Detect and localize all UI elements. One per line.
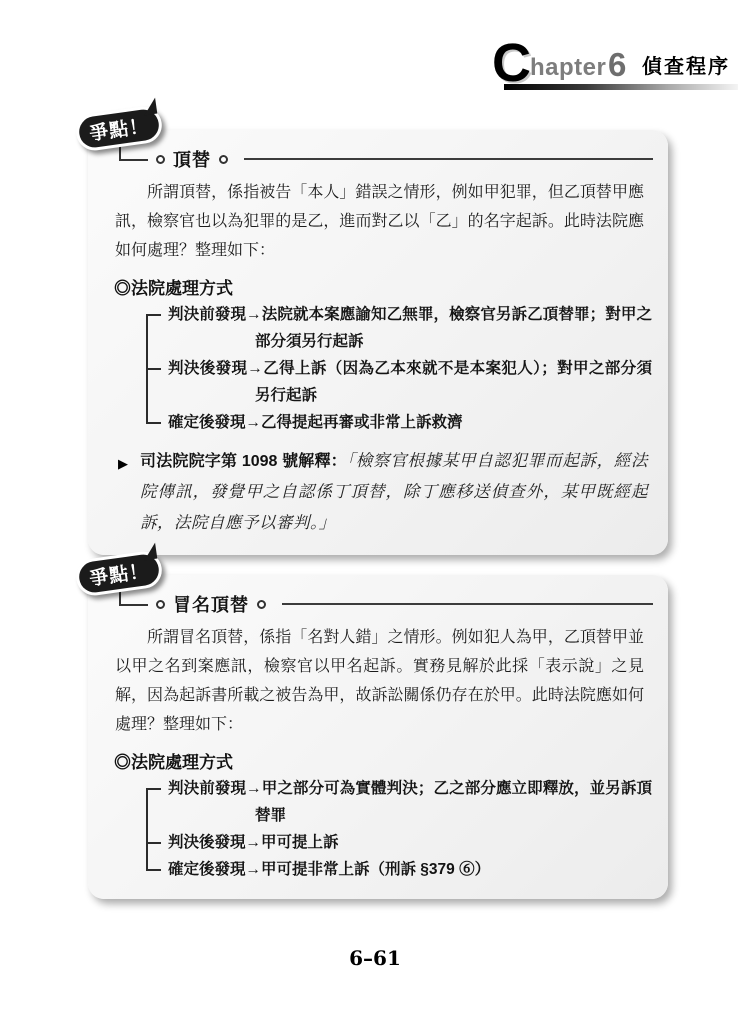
title-rule-line [244,158,653,160]
note-label: 司法院院字第 1098 號解釋： [140,453,347,470]
tree-item: 判決前發現→法院就本案應諭知乙無罪，檢察官另訴乙頂替罪；對甲之部分須另行起訴 [146,301,652,355]
issue-badge-label: 爭點！ [87,556,150,591]
issue-title-row: 冒名頂替 [119,575,653,617]
issue-badge-label: 爭點！ [87,111,150,146]
tree-item-text: 判決後發現→乙得上訴（因為乙本來就不是本案犯人）；對甲之部分須另行起訴 [168,355,652,409]
subheading-court-handling: ◎法院處理方式 [114,748,668,773]
book-page: C hapter 6 偵查程序 爭點！ 頂替 所謂頂替，係指被告「本人」錯誤之情… [0,0,750,1015]
chapter-title: 偵查程序 [642,50,730,79]
tree-item-text: 判決後發現→甲可提上訴 [168,829,652,856]
tree-item: 確定後發現→乙得提起再審或非常上訴救濟 [146,409,652,436]
circle-bullet-icon [156,155,165,164]
chapter-number: 6 [608,46,626,84]
issue-box: 冒名頂替 所謂冒名頂替，係指「名對人錯」之情形。例如犯人為甲，乙頂替甲並以甲之名… [88,575,668,899]
triangle-marker-icon: ▶ [118,446,140,539]
chapter-word: hapter [530,54,606,82]
issue-section-impersonation: 爭點！ 冒名頂替 所謂冒名頂替，係指「名對人錯」之情形。例如犯人為甲，乙頂替甲並… [76,555,676,899]
tree-item-text: 確定後發現→甲可提非常上訴（刑訴 §379 ⑥） [168,856,652,883]
title-rule-line [282,603,653,605]
intro-paragraph: 所謂頂替，係指被告「本人」錯誤之情形，例如甲犯罪，但乙頂替甲應訊，檢察官也以為犯… [115,178,644,265]
intro-paragraph: 所謂冒名頂替，係指「名對人錯」之情形。例如犯人為甲，乙頂替甲並以甲之名到案應訊，… [115,623,644,739]
issue-title: 冒名頂替 [173,591,249,617]
decision-tree: 判決前發現→法院就本案應諭知乙無罪，檢察官另訴乙頂替罪；對甲之部分須另行起訴 判… [146,301,652,436]
tree-item: 判決後發現→乙得上訴（因為乙本來就不是本案犯人）；對甲之部分須另行起訴 [146,355,652,409]
interpretation-note: ▶ 司法院院字第 1098 號解釋：「檢察官根據某甲自認犯罪而起訴，經法院傳訊，… [118,446,648,539]
issue-section-substitution: 爭點！ 頂替 所謂頂替，係指被告「本人」錯誤之情形，例如甲犯罪，但乙頂替甲應訊，… [76,110,676,555]
issue-title: 頂替 [173,146,211,172]
circle-bullet-icon [257,600,266,609]
chapter-header: C hapter 6 偵查程序 [492,40,738,90]
circle-bullet-icon [156,600,165,609]
tree-item: 判決前發現→甲之部分可為實體判決；乙之部分應立即釋放，並另訴頂替罪 [146,775,652,829]
issue-title-row: 頂替 [119,130,653,172]
badge-connector-line [119,145,148,161]
header-gradient-rule [504,84,738,90]
circle-bullet-icon [219,155,228,164]
tree-item: 確定後發現→甲可提非常上訴（刑訴 §379 ⑥） [146,856,652,883]
page-number: 6–61 [0,946,750,970]
decision-tree: 判決前發現→甲之部分可為實體判決；乙之部分應立即釋放，並另訴頂替罪 判決後發現→… [146,775,652,883]
tree-item: 判決後發現→甲可提上訴 [146,829,652,856]
tree-item-text: 確定後發現→乙得提起再審或非常上訴救濟 [168,409,652,436]
chapter-letter: C [492,36,531,90]
badge-connector-line [119,590,148,606]
note-text: 司法院院字第 1098 號解釋：「檢察官根據某甲自認犯罪而起訴，經法院傳訊，發覺… [140,446,648,539]
tree-item-text: 判決前發現→甲之部分可為實體判決；乙之部分應立即釋放，並另訴頂替罪 [168,775,652,829]
tree-item-text: 判決前發現→法院就本案應諭知乙無罪，檢察官另訴乙頂替罪；對甲之部分須另行起訴 [168,301,652,355]
subheading-court-handling: ◎法院處理方式 [114,274,668,299]
issue-box: 頂替 所謂頂替，係指被告「本人」錯誤之情形，例如甲犯罪，但乙頂替甲應訊，檢察官也… [88,130,668,555]
